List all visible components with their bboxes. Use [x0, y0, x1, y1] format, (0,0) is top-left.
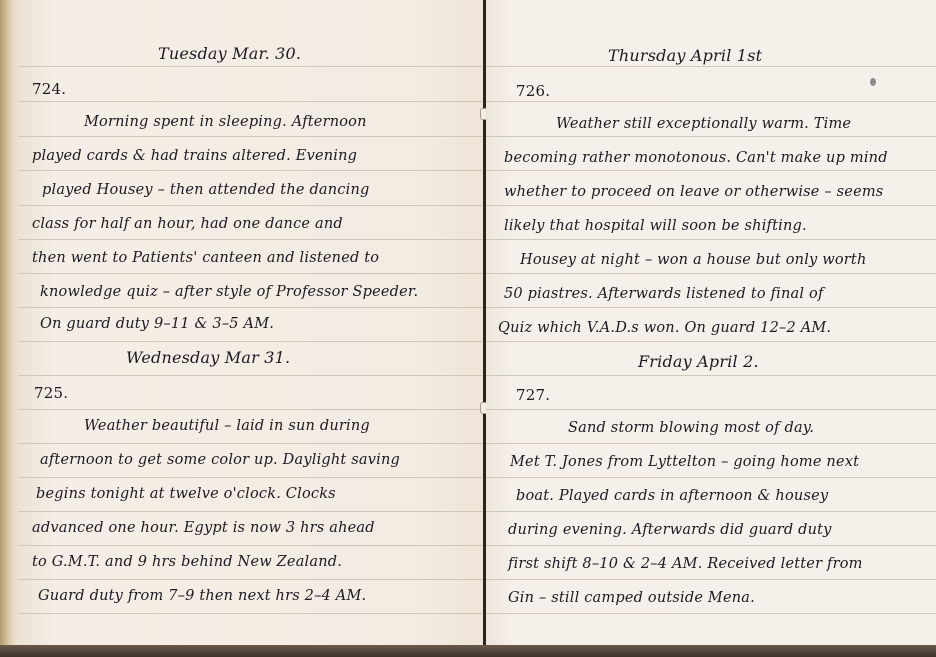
page-rule: [18, 545, 484, 546]
entry-line: then went to Patients' canteen and liste…: [32, 250, 379, 266]
entry-date: Thursday April 1st: [608, 46, 762, 65]
page-rule: [18, 101, 484, 102]
page-rule: [486, 613, 936, 614]
right-page: Thursday April 1st 726. Weather still ex…: [486, 0, 936, 645]
entry-line: Met T. Jones from Lyttelton – going home…: [510, 454, 859, 470]
entry-line: Weather still exceptionally warm. Time: [556, 116, 851, 132]
entry-line: Quiz which V.A.D.s won. On guard 12–2 AM…: [498, 320, 831, 336]
entry-line: afternoon to get some color up. Daylight…: [40, 452, 400, 468]
entry-date: Friday April 2.: [638, 352, 759, 371]
entry-line: Sand storm blowing most of day.: [568, 420, 814, 436]
entry-line: Housey at night – won a house but only w…: [520, 252, 867, 268]
entry-number: 724.: [32, 80, 66, 98]
diary-book: Tuesday Mar. 30. 724. Morning spent in s…: [0, 0, 936, 657]
entry-line: played cards & had trains altered. Eveni…: [32, 148, 357, 164]
page-rule: [486, 341, 936, 342]
entry-line: played Housey – then attended the dancin…: [42, 182, 370, 198]
page-rule: [18, 136, 484, 137]
entry-line: whether to proceed on leave or otherwise…: [504, 184, 883, 200]
entry-line: begins tonight at twelve o'clock. Clocks: [36, 486, 336, 502]
page-rule: [18, 66, 484, 67]
entry-line: class for half an hour, had one dance an…: [32, 216, 343, 232]
entry-line: knowledge quiz – after style of Professo…: [40, 284, 418, 300]
entry-line: first shift 8–10 & 2–4 AM. Received lett…: [508, 556, 863, 572]
page-rule: [486, 545, 936, 546]
entry-line: On guard duty 9–11 & 3–5 AM.: [40, 316, 274, 332]
entry-line: likely that hospital will soon be shifti…: [504, 218, 807, 234]
page-rule: [18, 375, 484, 376]
entry-line: 50 piastres. Afterwards listened to fina…: [504, 286, 824, 302]
left-page: Tuesday Mar. 30. 724. Morning spent in s…: [18, 0, 484, 645]
entry-line: boat. Played cards in afternoon & housey: [516, 488, 828, 504]
page-rule: [18, 273, 484, 274]
ink-blot: [870, 78, 876, 86]
page-rule: [486, 477, 936, 478]
page-rule: [18, 511, 484, 512]
entry-line: to G.M.T. and 9 hrs behind New Zealand.: [32, 554, 342, 570]
page-rule: [486, 66, 936, 67]
page-rule: [18, 341, 484, 342]
entry-number: 725.: [34, 384, 68, 402]
page-rule: [486, 239, 936, 240]
entry-date: Wednesday Mar 31.: [126, 348, 290, 367]
entry-line: Guard duty from 7–9 then next hrs 2–4 AM…: [38, 588, 366, 604]
page-rule: [486, 375, 936, 376]
page-rule: [486, 205, 936, 206]
page-rule: [18, 443, 484, 444]
page-rule: [486, 443, 936, 444]
page-rule: [486, 273, 936, 274]
page-rule: [18, 409, 484, 410]
entry-date: Tuesday Mar. 30.: [158, 44, 301, 63]
entry-line: advanced one hour. Egypt is now 3 hrs ah…: [32, 520, 375, 536]
page-rule: [18, 170, 484, 171]
page-rule: [486, 136, 936, 137]
page-rule: [18, 205, 484, 206]
page-rule: [18, 579, 484, 580]
page-rule: [486, 511, 936, 512]
page-rule: [18, 239, 484, 240]
entry-line: becoming rather monotonous. Can't make u…: [504, 150, 888, 166]
entry-line: Weather beautiful – laid in sun during: [84, 418, 370, 434]
page-rule: [486, 409, 936, 410]
entry-line: Morning spent in sleeping. Afternoon: [84, 114, 367, 130]
entry-number: 726.: [516, 82, 550, 100]
page-rule: [486, 170, 936, 171]
entry-number: 727.: [516, 386, 550, 404]
entry-line: Gin – still camped outside Mena.: [508, 590, 755, 606]
page-rule: [486, 101, 936, 102]
page-rule: [18, 477, 484, 478]
page-rule: [486, 307, 936, 308]
page-rule: [18, 307, 484, 308]
page-rule: [18, 613, 484, 614]
entry-line: during evening. Afterwards did guard dut…: [508, 522, 832, 538]
page-rule: [486, 579, 936, 580]
book-edge-shadow: [0, 645, 936, 657]
